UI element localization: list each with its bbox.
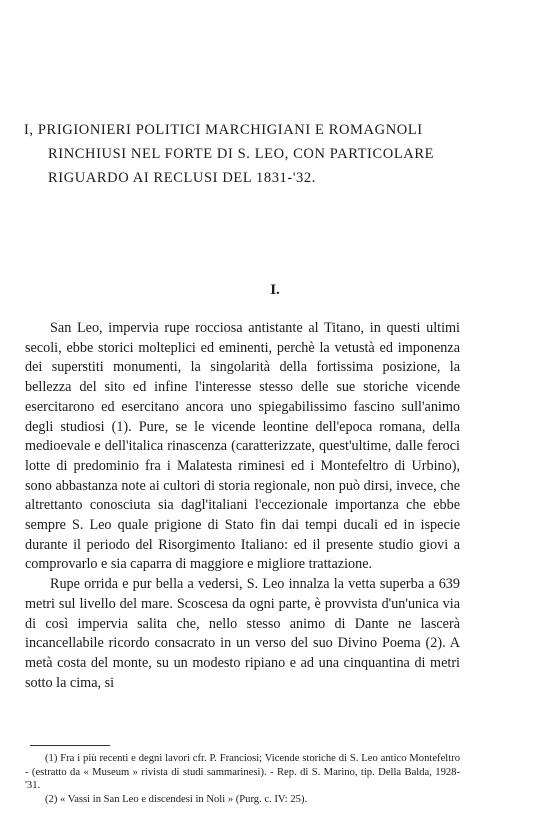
- footnote: (1) Fra i più recenti e degni lavori cfr…: [25, 752, 460, 793]
- chapter-title: I, PRIGIONIERI POLITICI MARCHIGIANI E RO…: [24, 118, 524, 190]
- footnote: (2) « Vassi in San Leo e discendesi in N…: [25, 793, 460, 807]
- footnote-separator: [30, 745, 110, 746]
- body-text: San Leo, impervia rupe rocciosa antistan…: [25, 319, 460, 693]
- title-line: RIGUARDO AI RECLUSI DEL 1831-'32.: [24, 166, 524, 190]
- title-line: I, PRIGIONIERI POLITICI MARCHIGIANI E RO…: [24, 118, 524, 142]
- footnotes: (1) Fra i più recenti e degni lavori cfr…: [25, 752, 460, 806]
- paragraph: Rupe orrida e pur bella a vedersi, S. Le…: [25, 575, 460, 693]
- title-line: RINCHIUSI NEL FORTE DI S. LEO, CON PARTI…: [24, 142, 524, 166]
- section-number: I.: [0, 282, 550, 299]
- paragraph: San Leo, impervia rupe rocciosa antistan…: [25, 319, 460, 575]
